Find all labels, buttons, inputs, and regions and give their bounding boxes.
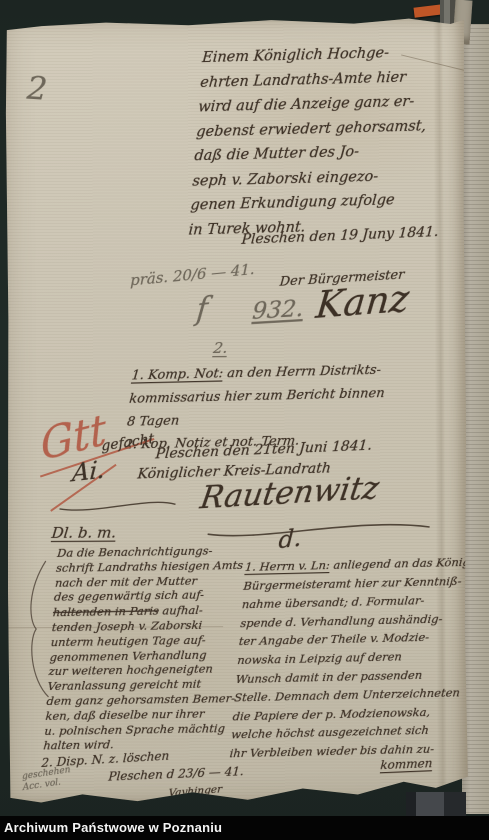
registry-flourish: f <box>195 291 210 328</box>
report-line: dem ganz gehorsamsten Bemer- <box>46 691 236 709</box>
binding-foot-block <box>406 792 466 817</box>
report-line-rest: aufhal- <box>158 603 203 618</box>
disposition-rest: an den Herrn Distrikts- <box>222 363 381 382</box>
right-column-last-word: kommen <box>380 756 433 772</box>
manuscript-page: 2 Einem Königlich Hochge- ehrten Landrat… <box>5 17 468 804</box>
presentation-note: präs. 20/6 — 41. <box>130 260 255 290</box>
item-number: 2. <box>212 339 229 357</box>
journal-number: 932. <box>251 296 304 325</box>
struck-text: haltenden in Paris <box>52 604 159 620</box>
binding-ribbon <box>413 4 443 17</box>
left-column-text: Da die Benachrichtigungs- schrift Landra… <box>43 543 246 753</box>
margin-initials: Ai. <box>71 455 105 487</box>
right-column-text: 1. Herrn v. Ln: anliegend an das Königl.… <box>229 553 478 763</box>
folio-number: 2 <box>26 69 49 108</box>
initials-flourish-stroke <box>57 496 177 515</box>
signature-clerk: Vayhinger <box>168 783 222 799</box>
draft-lead: 1. Herrn v. Ln: <box>244 558 330 574</box>
signature-kanz: Kanz <box>314 277 411 327</box>
report-line: schrift Landraths hiesigen Amts <box>56 558 246 576</box>
left-column-heading: Dl. b. m. <box>51 524 117 542</box>
pencil-marginalia: geschehen Acc. vol. <box>22 765 72 794</box>
address-block: Einem Königlich Hochge- ehrten Landraths… <box>188 40 433 242</box>
dateline-pleschen-23-6: Pleschen d 23/6 — 41. <box>108 764 244 783</box>
margin-brace <box>26 559 51 699</box>
signature-flourish-stroke <box>204 515 434 542</box>
archival-scan-view: 2 Einem Königlich Hochge- ehrten Landrat… <box>0 0 489 840</box>
archive-name-label: Archiwum Państwowe w Poznaniu <box>4 816 222 840</box>
draft-rest: anliegend an das Königl. <box>329 555 477 572</box>
right-column-heading: d. <box>278 523 303 554</box>
disposition-lead: 1. Komp. Not: <box>131 366 224 383</box>
archive-caption-bar: Archiwum Państwowe w Poznaniu <box>0 816 489 840</box>
